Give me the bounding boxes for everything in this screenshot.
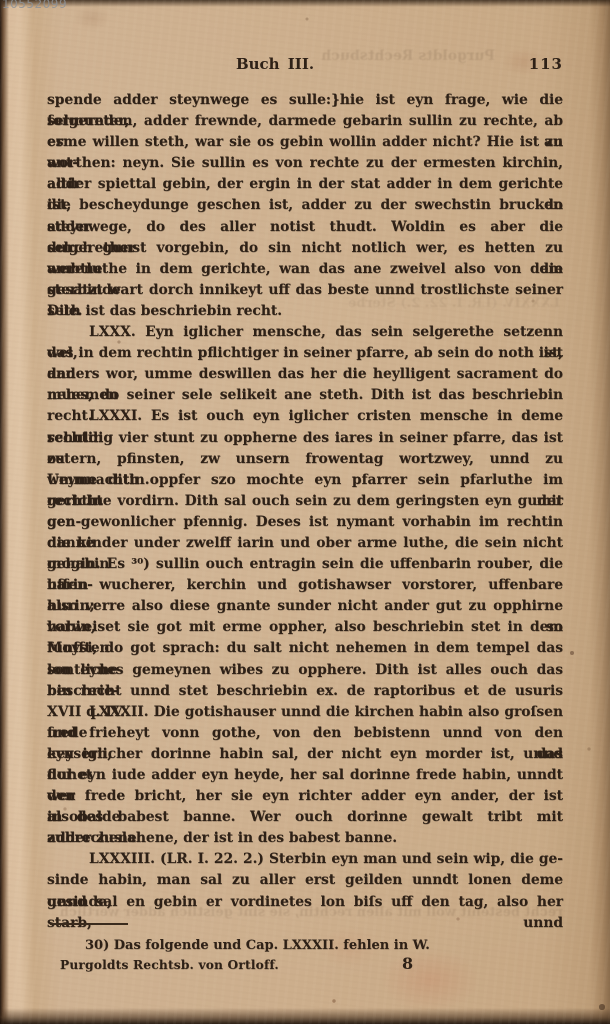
text-line: gesatzt wart dorch innikeyt uff das best…	[47, 280, 563, 301]
text-line: worthen: neyn. Sie sullin es von rechte …	[47, 153, 563, 174]
running-title: Buch III.	[47, 55, 503, 73]
text-line: sinde habin, man sal zu aller erst geild…	[47, 870, 563, 891]
text-line: also verre also diese gnante sunder nich…	[47, 596, 563, 617]
text-line: die kinder under zwelff iarin und ober a…	[47, 533, 563, 554]
text-line: schuldig vier stunt zu oppherne des iare…	[47, 428, 563, 449]
text-line: LXXXI. Es ist ouch eyn iglicher cristen …	[47, 406, 563, 427]
text-line: formunden, adder frewnde, darmede gebari…	[47, 111, 563, 132]
footnote: 30) Das folgende und Cap. LXXXII. fehlen…	[85, 938, 525, 954]
text-line: ger gewonlicher pfennig. Deses ist nyman…	[47, 512, 563, 533]
text-line: spende adder steynwege es sulle:}hie ist…	[47, 90, 563, 111]
text-line: und frieheyt vonn gothe, von den bebiste…	[47, 723, 563, 744]
text-line: dor eyn iude adder eyn heyde, her sal do…	[47, 765, 563, 786]
text-line: mogin. Es ³⁰) sullin ouch entragin sein …	[47, 554, 563, 575]
text-line: vorweiset sie got mit erme oppher, also …	[47, 617, 563, 638]
text-line: das in dem rechtin pflichtiger in seiner…	[47, 343, 563, 364]
footnote-separator	[50, 923, 128, 925]
text-line: adder spiettal gebin, der ergin in der s…	[47, 174, 563, 195]
sheet-number: 8	[402, 954, 413, 973]
text-line: ostern, pfinsten, zw unsern frowentag wo…	[47, 449, 563, 470]
page-number: 113	[529, 55, 563, 73]
text-line: LXXXII. Die gotishauser unnd die kirchen…	[47, 702, 563, 723]
text-line: LXXX. Eyn iglicher mensche, das sein sel…	[47, 322, 563, 343]
text-line: die bescheydunge geschen ist, adder zu d…	[47, 195, 563, 216]
text-line: anders wor, umme deswillen das her die h…	[47, 364, 563, 385]
text-line: bin recht unnd stet beschriebin ex. de r…	[47, 681, 563, 702]
text-line: den frede bricht, her sie eyn richter ad…	[47, 786, 563, 807]
text-line: gerichte vordirn. Dith sal ouch sein zu …	[47, 491, 563, 512]
printer-signature: Purgoldts Rechtsb. von Ortloff.	[60, 958, 279, 972]
book-page: 10552099 Purgoldts Rechtsbuch LXXXIV. (L…	[0, 0, 610, 1024]
text-line: LXXXIII. (LR. I. 22. 2.) Sterbin eyn man…	[47, 849, 563, 870]
page-header: Buch III. 113	[47, 55, 563, 75]
text-line: durch gunst vorgebin, do sin nicht notli…	[47, 238, 563, 259]
library-stamp: 10552099	[2, 0, 67, 11]
text-line: Moysi, do got sprach: du salt nicht nehe…	[47, 638, 563, 659]
text-line: mues, do seiner sele selikeit ane steth.…	[47, 385, 563, 406]
text-line: Umme dith oppfer szo mochte eyn pfarrer …	[47, 470, 563, 491]
text-line: erme willen steth, war sie os gebin woll…	[47, 132, 563, 153]
text-line: Dith ist das beschriebin recht.	[47, 301, 563, 322]
text-line: adder zuslahene, der ist in des babest b…	[47, 828, 563, 849]
text-line: eyn iglicher dorinne habin sal, der nich…	[47, 744, 563, 765]
body-text: spende adder steynwege es sulle:}hie ist…	[47, 90, 563, 913]
text-line: ambtluthe in dem gerichte, wan das ane z…	[47, 259, 563, 280]
text-line: unnd sal en gebin er vordinetes lon biſs…	[47, 892, 563, 913]
text-line: in des babest banne. Wer ouch dorinne ge…	[47, 807, 563, 828]
text-line: barin wucherer, kerchin und gotishawser …	[47, 575, 563, 596]
text-line: steynwege, do des aller notist thudt. Wo…	[47, 217, 563, 238]
text-line: lon eynes gemeynen wibes zu opphere. Dit…	[47, 660, 563, 681]
